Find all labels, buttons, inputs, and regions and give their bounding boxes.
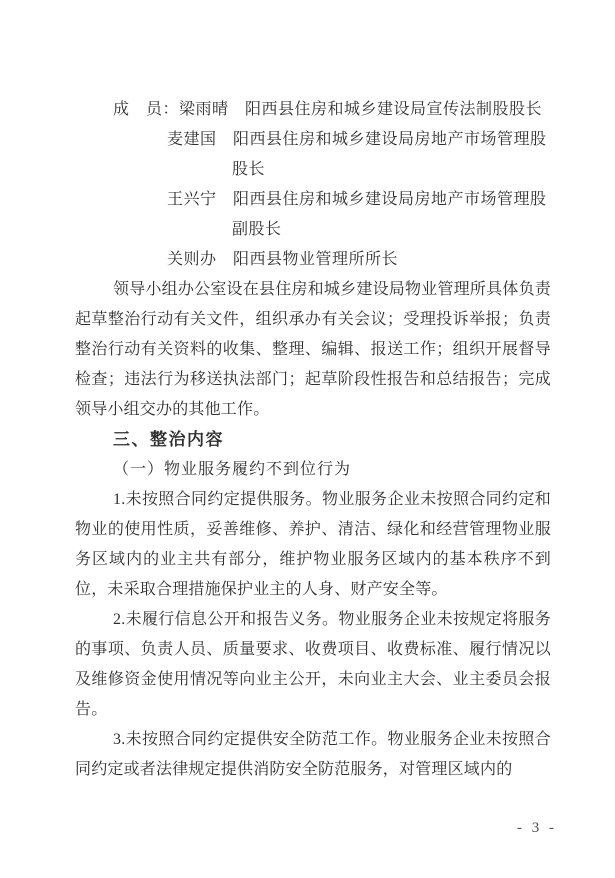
rectification-item-2: 2.未履行信息公开和报告义务。物业服务企业未按规定将服务的事项、负责人员、质量要… (75, 605, 551, 725)
document-page: 成 员：梁雨晴 阳西县住房和城乡建设局宣传法制股股长 麦建国 阳西县住房和城乡建… (0, 0, 615, 878)
member-list-line: 麦建国 阳西县住房和城乡建设局房地产市场管理股 (75, 125, 551, 155)
document-body: 成 员：梁雨晴 阳西县住房和城乡建设局宣传法制股股长 麦建国 阳西县住房和城乡建… (75, 95, 551, 785)
member-list-line: 王兴宁 阳西县住房和城乡建设局房地产市场管理股 (75, 185, 551, 215)
member-list-line: 关则办 阳西县物业管理所所长 (75, 245, 551, 275)
member-list-line: 股长 (75, 155, 551, 185)
page-number: - 3 - (517, 813, 557, 843)
member-list-line: 副股长 (75, 215, 551, 245)
section-heading: 三、整治内容 (75, 425, 551, 455)
rectification-item-1: 1.未按照合同约定提供服务。物业服务企业未按照合同约定和物业的使用性质，妥善维修… (75, 485, 551, 605)
office-duties-paragraph: 领导小组办公室设在县住房和城乡建设局物业管理所具体负责起草整治行动有关文件，组织… (75, 275, 551, 425)
subsection-heading: （一）物业服务履约不到位行为 (75, 455, 551, 485)
rectification-item-3: 3.未按照合同约定提供安全防范工作。物业服务企业未按照合同约定或者法律规定提供消… (75, 725, 551, 785)
member-list-line: 成 员：梁雨晴 阳西县住房和城乡建设局宣传法制股股长 (75, 95, 551, 125)
